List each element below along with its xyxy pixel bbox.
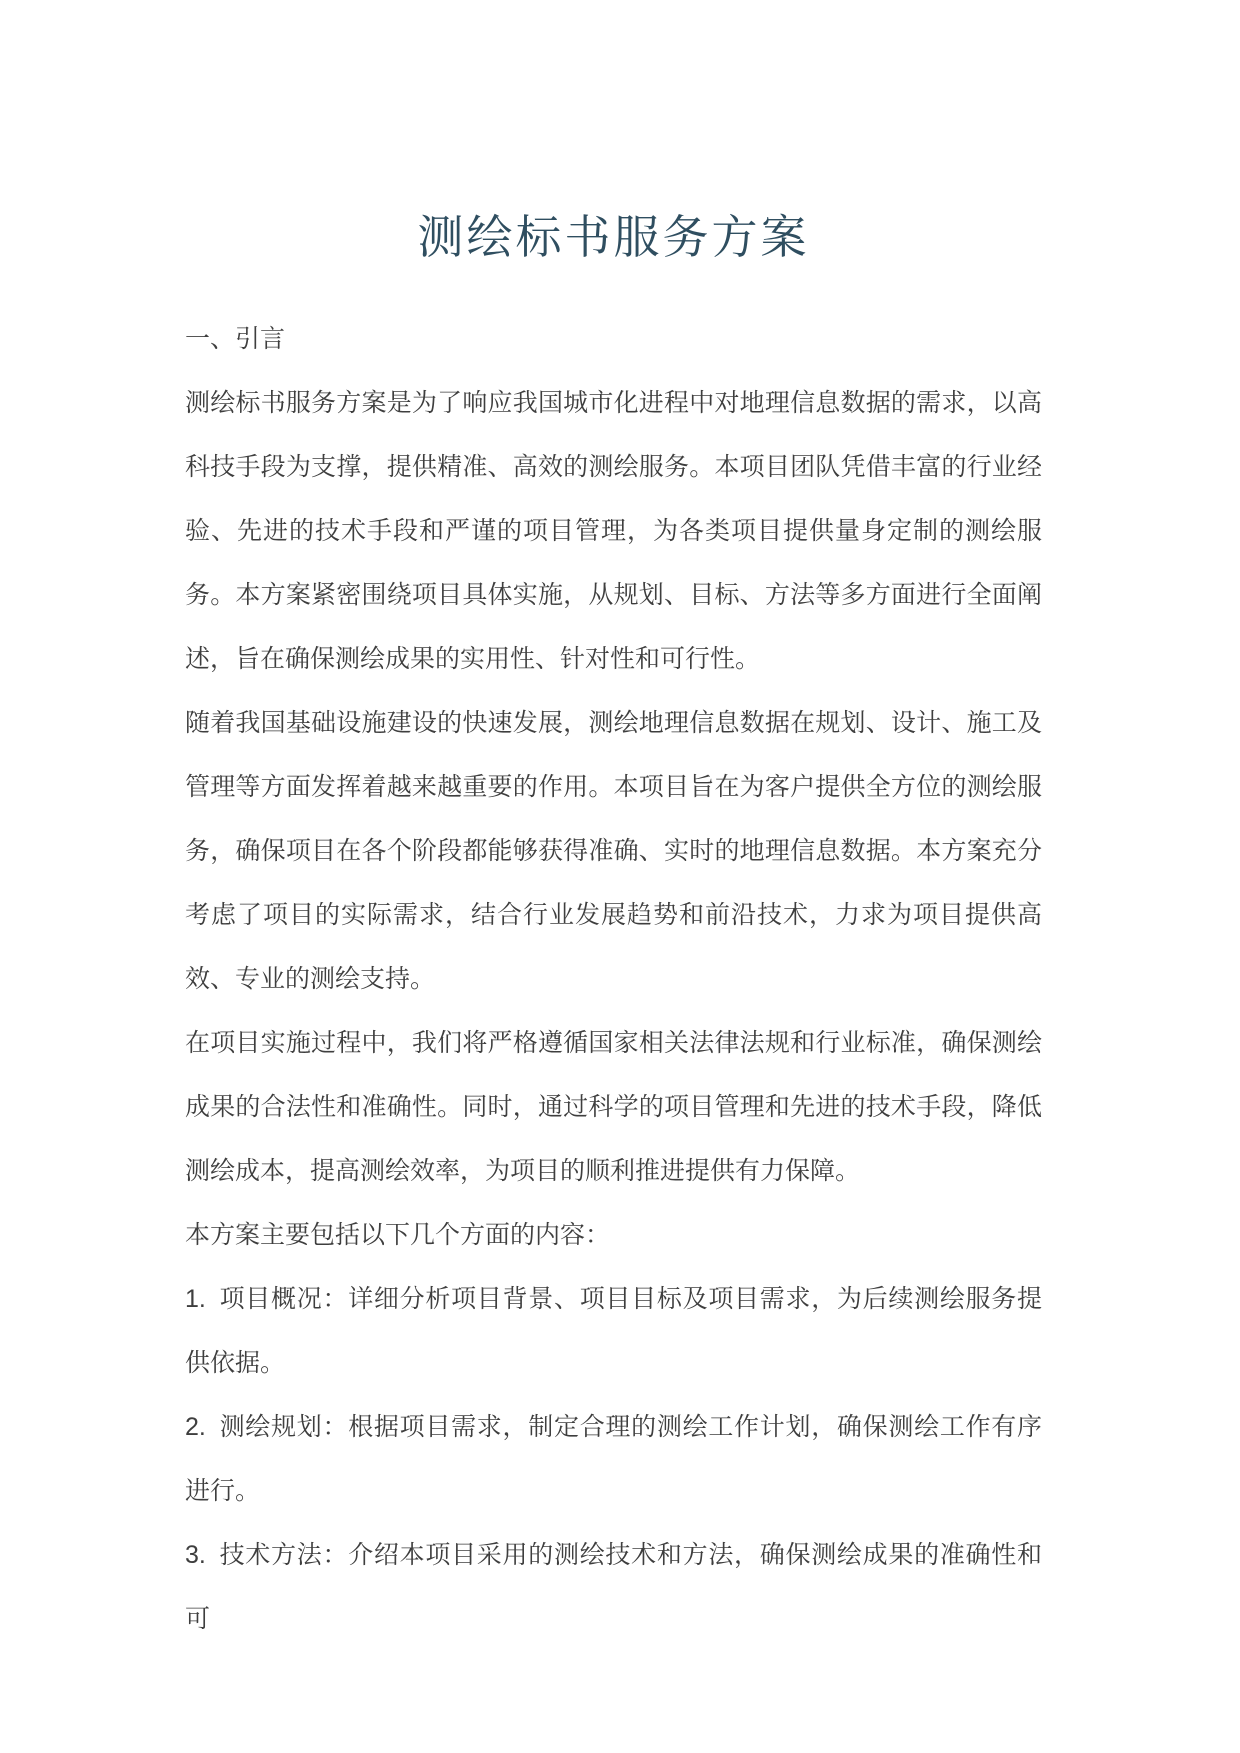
list-item-number: 2.	[185, 1413, 206, 1441]
list-item-number: 1.	[185, 1285, 206, 1313]
section-heading-introduction: 一、引言	[185, 307, 1042, 371]
document-body: 一、引言 测绘标书服务方案是为了响应我国城市化进程中对地理信息数据的需求，以高科…	[185, 307, 1042, 1651]
document-page: 测绘标书服务方案 一、引言 测绘标书服务方案是为了响应我国城市化进程中对地理信息…	[0, 0, 1240, 1753]
list-item-survey-planning: 2.测绘规划：根据项目需求，制定合理的测绘工作计划，确保测绘工作有序进行。	[185, 1395, 1042, 1523]
list-item-technical-methods: 3.技术方法：介绍本项目采用的测绘技术和方法，确保测绘成果的准确性和可	[185, 1523, 1042, 1651]
list-item-text: 技术方法：介绍本项目采用的测绘技术和方法，确保测绘成果的准确性和可	[185, 1541, 1042, 1633]
list-item-project-overview: 1.项目概况：详细分析项目背景、项目目标及项目需求，为后续测绘服务提供依据。	[185, 1267, 1042, 1395]
list-item-text: 项目概况：详细分析项目背景、项目目标及项目需求，为后续测绘服务提供依据。	[185, 1285, 1042, 1377]
paragraph-background: 随着我国基础设施建设的快速发展，测绘地理信息数据在规划、设计、施工及管理等方面发…	[185, 691, 1042, 1011]
list-item-text: 测绘规划：根据项目需求，制定合理的测绘工作计划，确保测绘工作有序进行。	[185, 1413, 1042, 1505]
paragraph-compliance: 在项目实施过程中，我们将严格遵循国家相关法律法规和行业标准，确保测绘成果的合法性…	[185, 1011, 1042, 1203]
list-item-number: 3.	[185, 1541, 206, 1569]
document-title: 测绘标书服务方案	[185, 212, 1042, 262]
paragraph-overview: 测绘标书服务方案是为了响应我国城市化进程中对地理信息数据的需求，以高科技手段为支…	[185, 371, 1042, 691]
paragraph-contents-intro: 本方案主要包括以下几个方面的内容：	[185, 1203, 1042, 1267]
